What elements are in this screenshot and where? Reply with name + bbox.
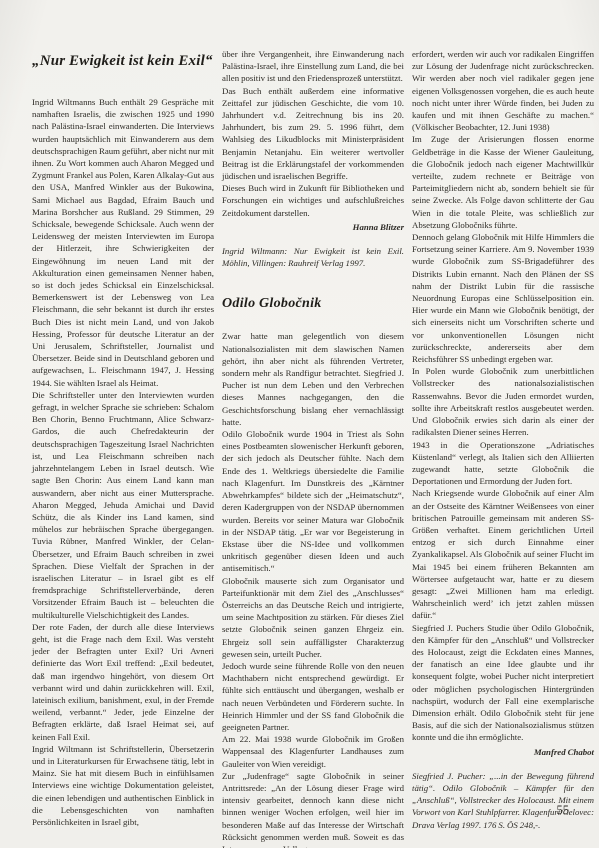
paragraph: Jedoch wurde seine führende Rolle von de… bbox=[222, 660, 404, 733]
article-title-globocnik: Odilo Globočnik bbox=[222, 295, 404, 312]
column-right: erfordert, werden wir auch vor radikalen… bbox=[412, 48, 594, 831]
scanned-journal-page: „Nur Ewigkeit ist kein Exil“ Ingrid Wilt… bbox=[0, 0, 599, 848]
reviewer-signature: Manfred Chabot bbox=[412, 746, 594, 758]
paragraph: Ingrid Wiltmann ist Schriftstellerin, Üb… bbox=[32, 743, 214, 828]
paragraph: Am 22. Mai 1938 wurde Globočnik im Große… bbox=[222, 733, 404, 770]
page-number: 55 bbox=[557, 803, 570, 818]
paragraph: In Polen wurde Globočnik zum unerbittlic… bbox=[412, 365, 594, 438]
article-title-exil: „Nur Ewigkeit ist kein Exil“ bbox=[32, 52, 214, 70]
paragraph: Der rote Faden, der durch alle diese Int… bbox=[32, 621, 214, 743]
book-citation: Siegfried J. Pucher: „...in der Bewegung… bbox=[412, 770, 594, 831]
column-middle: über ihre Vergangenheit, ihre Einwanderu… bbox=[222, 48, 404, 848]
paragraph: Globočnik mauserte sich zum Organisator … bbox=[222, 575, 404, 660]
paragraph: Zwar hatte man gelegentlich von diesem N… bbox=[222, 330, 404, 428]
text-columns: „Nur Ewigkeit ist kein Exil“ Ingrid Wilt… bbox=[32, 48, 594, 848]
paragraph: Siegfried J. Puchers Studie über Odilo G… bbox=[412, 622, 594, 744]
book-citation: Ingrid Wiltmann: Nur Ewigkeit ist kein E… bbox=[222, 245, 404, 269]
paragraph: 1943 in die Operationszone „Adriatisches… bbox=[412, 439, 594, 488]
reviewer-signature: Hanna Blitzer bbox=[222, 221, 404, 233]
paragraph: Zur „Judenfrage“ sagte Globočnik in sein… bbox=[222, 770, 404, 848]
paragraph: Dennoch gelang Globočnik mit Hilfe Himml… bbox=[412, 231, 594, 365]
paragraph: Im Zuge der Arisierungen flossen enorme … bbox=[412, 133, 594, 231]
paragraph: Ingrid Wiltmanns Buch enthält 29 Gespräc… bbox=[32, 96, 214, 389]
paragraph: Das Buch enthält außerdem eine informati… bbox=[222, 85, 404, 183]
paragraph: Die Schriftsteller unter den Interviewte… bbox=[32, 389, 214, 621]
paragraph: Dieses Buch wird in Zukunft für Biblioth… bbox=[222, 182, 404, 219]
column-left: „Nur Ewigkeit ist kein Exil“ Ingrid Wilt… bbox=[32, 48, 214, 828]
paragraph: erfordert, werden wir auch vor radikalen… bbox=[412, 48, 594, 133]
paragraph: Odilo Globočnik wurde 1904 in Triest als… bbox=[222, 428, 404, 574]
paragraph: über ihre Vergangenheit, ihre Einwanderu… bbox=[222, 48, 404, 85]
paragraph: Nach Kriegsende wurde Globočnik auf eine… bbox=[412, 487, 594, 621]
